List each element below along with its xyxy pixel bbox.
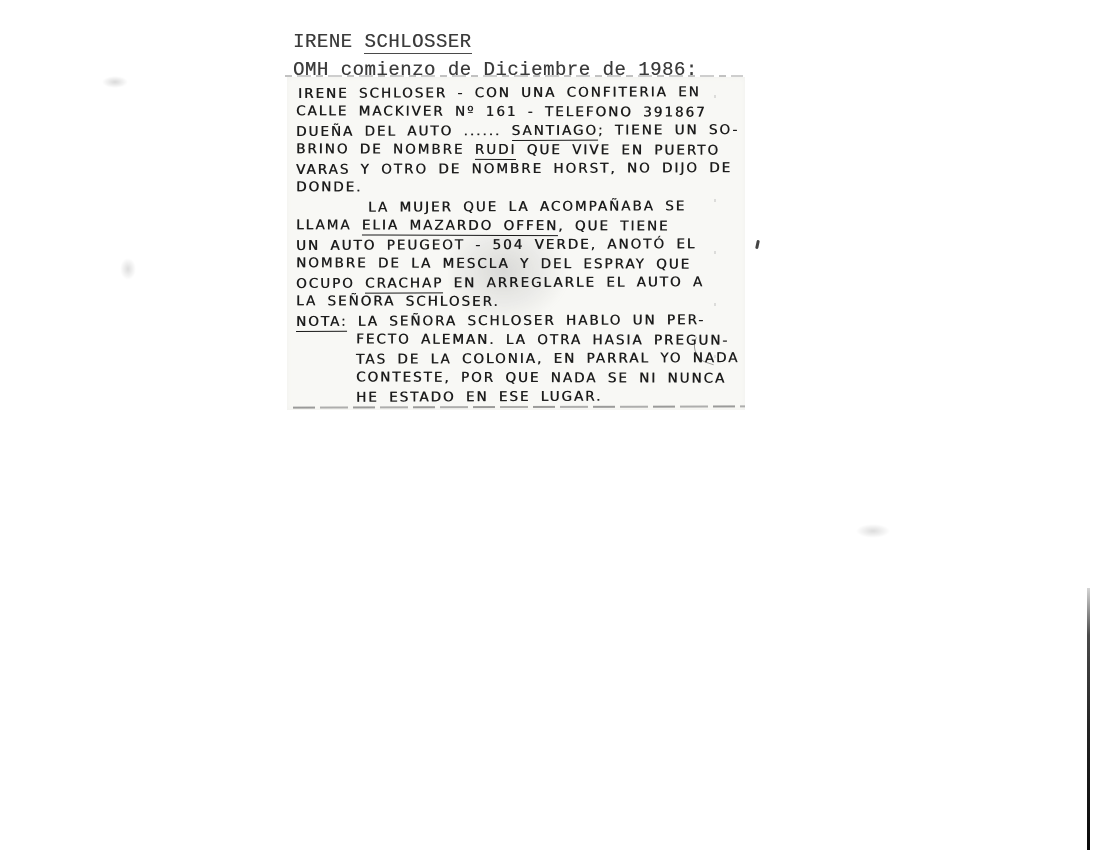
scan-speck [120,258,136,280]
note-line: llama Elia Mazardo Offen, que tiene [296,216,742,237]
note-text: Varas y otro de nombre Horst, no dijo de [296,160,732,178]
document-title-line: IRENE SCHLOSSER [293,28,698,56]
note-line: ocupo Crachap en arreglarle el auto a [296,273,742,294]
note-text: La señora Schloser hablo un per- [347,312,705,330]
note-text: un auto Peugeot - 504 verde, anotó el [296,236,696,254]
note-line: nombre de la mescla y del espray que [296,254,742,275]
note-text: he estado en ese lugar. [356,389,602,406]
note-text: ; tiene un so- [598,122,739,139]
scan-speck [856,524,890,538]
note-line: brino de nombre Rudi que vive en Puerto [296,140,742,161]
note-text-underlined: Santiago [511,123,598,141]
note-text: Irene Schloser - con una confiteria en [298,84,701,102]
note-text: que vive en Puerto [516,142,720,159]
vertical-scan-line [1087,588,1090,850]
note-text: llama [296,217,362,233]
note-line: la señora Schloser. [296,292,742,313]
scanned-document-page: IRENE SCHLOSSER OMH comienzo de Diciembr… [0,0,1100,850]
note-text-underlined: Rudi [475,142,517,160]
title-name-underlined: SCHLOSSER [364,31,471,54]
scan-speck [102,76,128,88]
note-text: nombre de la mescla y del espray que [296,255,691,272]
note-line: conteste, por que nada se ni nunca [296,368,742,389]
note-line: fecto aleman. La otra hasia pregun- [296,330,742,351]
note-line: Nota: La señora Schloser hablo un per- [296,311,742,332]
note-text: Calle Mackiver Nº 161 - Telefono 391867 [296,103,707,120]
title-name-plain: IRENE [293,31,364,53]
note-line: tas de la colonia, en Parral yo nada [296,349,742,370]
note-line: La mujer que la acompañaba se [296,197,742,218]
scan-speck [755,240,760,249]
note-line: Dueña del auto ...... Santiago; tiene un… [296,121,742,142]
note-line: un auto Peugeot - 504 verde, anotó el [296,235,742,256]
note-text: Dueña del auto ...... [296,123,512,140]
note-line: Calle Mackiver Nº 161 - Telefono 391867 [296,102,742,123]
note-line: he estado en ese lugar. [296,387,742,408]
note-text: La mujer que la acompañaba se [368,198,686,215]
note-text: donde. [296,179,362,195]
note-text: fecto aleman. La otra hasia pregun- [356,331,729,348]
note-text: en arreglarle el auto a [443,274,704,291]
note-text: , que tiene [558,218,669,234]
note-text: conteste, por que nada se ni nunca [356,369,726,386]
note-text: la señora Schloser. [296,293,500,310]
note-line: Varas y otro de nombre Horst, no dijo de [296,159,742,180]
note-text-underlined: Crachap [365,275,443,293]
note-text: brino de nombre [296,141,475,158]
note-line: donde. [296,178,742,199]
note-text: ocupo [296,276,365,292]
note-text: tas de la colonia, en Parral yo nada [356,350,739,368]
note-text-underlined: Nota: [296,314,348,332]
note-text-underlined: Elia Mazardo Offen [362,217,558,235]
note-lines: Irene Schloser - con una confiteria enCa… [296,84,742,407]
note-line: Irene Schloser - con una confiteria en [296,83,742,104]
